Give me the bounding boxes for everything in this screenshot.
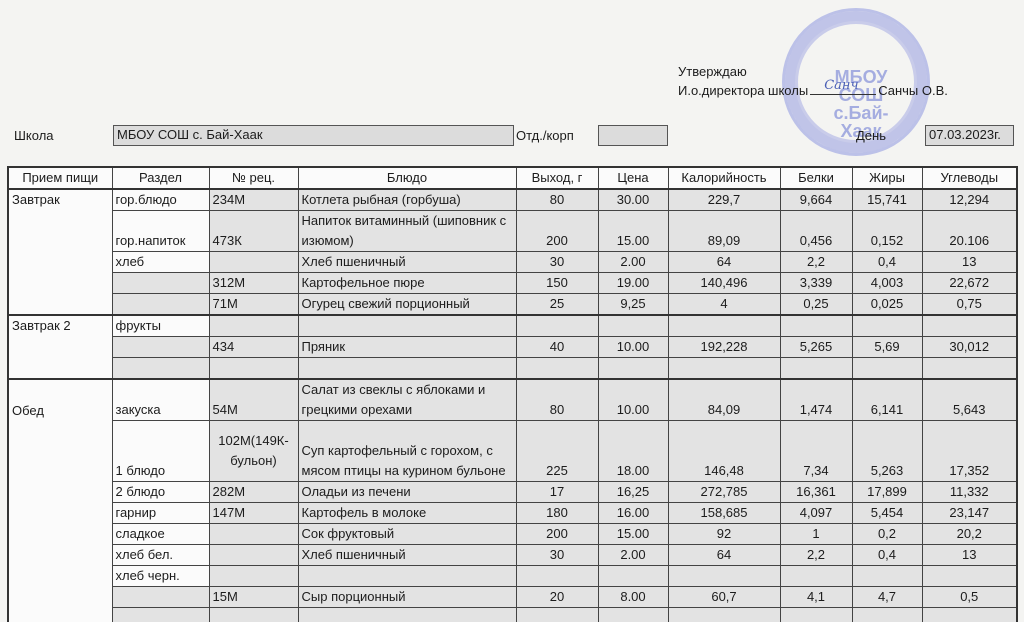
table-row: хлебХлеб пшеничный302.00642,20,413 — [8, 252, 1017, 273]
cell-price: 19.00 — [598, 273, 668, 294]
cell-weight: 30 — [516, 252, 598, 273]
cell-weight: 20 — [516, 586, 598, 607]
table-row: гарнир147МКартофель в молоке18016.00158,… — [8, 502, 1017, 523]
cell-fat — [852, 607, 922, 622]
cell-section: фрукты — [112, 315, 209, 337]
day-field[interactable]: 07.03.2023г. — [925, 125, 1014, 146]
cell-protein: 1,474 — [780, 379, 852, 421]
cell-dish: Сок фруктовый — [298, 523, 516, 544]
cell-fat — [852, 315, 922, 337]
cell-protein: 5,265 — [780, 337, 852, 358]
cell-recipe — [209, 607, 298, 622]
cell-fat: 5,263 — [852, 420, 922, 481]
cell-protein: 0,456 — [780, 211, 852, 252]
cell-kcal: 64 — [668, 544, 780, 565]
cell-recipe — [209, 565, 298, 586]
cell-recipe: 434 — [209, 337, 298, 358]
cell-weight: 40 — [516, 337, 598, 358]
cell-price: 16.00 — [598, 502, 668, 523]
cell-protein: 4,097 — [780, 502, 852, 523]
cell-dish: Огурец свежий порционный — [298, 294, 516, 316]
meal-name: Завтрак 2 — [8, 315, 112, 379]
column-header-recipe: № рец. — [209, 167, 298, 189]
cell-price: 2.00 — [598, 252, 668, 273]
cell-dish: Пряник — [298, 337, 516, 358]
cell-weight: 150 — [516, 273, 598, 294]
cell-kcal: 60,7 — [668, 586, 780, 607]
cell-section — [112, 294, 209, 316]
cell-dish: Картофель в молоке — [298, 502, 516, 523]
cell-section: гор.блюдо — [112, 189, 209, 211]
cell-kcal — [668, 565, 780, 586]
cell-price — [598, 607, 668, 622]
cell-section: 1 блюдо — [112, 420, 209, 481]
approval-position: И.о.директора школы — [678, 83, 808, 98]
table-row: хлеб бел.Хлеб пшеничный302.00642,20,413 — [8, 544, 1017, 565]
table-row: 71МОгурец свежий порционный259,2540,250,… — [8, 294, 1017, 316]
cell-kcal: 158,685 — [668, 502, 780, 523]
cell-price: 9,25 — [598, 294, 668, 316]
cell-carbs — [922, 358, 1017, 379]
cell-recipe — [209, 358, 298, 379]
approval-signer: И.о.директора школыСанчСанчы О.В. — [678, 81, 948, 100]
cell-carbs: 20,2 — [922, 523, 1017, 544]
cell-protein: 2,2 — [780, 252, 852, 273]
cell-fat — [852, 358, 922, 379]
cell-dish: Оладьи из печени — [298, 481, 516, 502]
column-header-section: Раздел — [112, 167, 209, 189]
table-row: 2 блюдо282МОладьи из печени1716,25272,78… — [8, 481, 1017, 502]
table-row: гор.напиток473КНапиток витаминный (шипов… — [8, 211, 1017, 252]
cell-section: хлеб — [112, 252, 209, 273]
cell-weight — [516, 358, 598, 379]
cell-dish — [298, 607, 516, 622]
table-row: хлеб черн. — [8, 565, 1017, 586]
cell-recipe: 147М — [209, 502, 298, 523]
cell-recipe: 15М — [209, 586, 298, 607]
cell-dish — [298, 358, 516, 379]
cell-recipe — [209, 315, 298, 337]
cell-carbs — [922, 315, 1017, 337]
menu-table: Прием пищиРаздел№ рец.БлюдоВыход, гЦенаК… — [7, 166, 1018, 622]
cell-carbs: 13 — [922, 544, 1017, 565]
cell-carbs: 20.106 — [922, 211, 1017, 252]
cell-carbs: 13 — [922, 252, 1017, 273]
cell-weight — [516, 315, 598, 337]
cell-dish: Сыр порционный — [298, 586, 516, 607]
column-header-fat: Жиры — [852, 167, 922, 189]
table-row: Обедзакуска54МСалат из свеклы с яблоками… — [8, 379, 1017, 421]
table-row: 15МСыр порционный208.0060,74,14,70,5 — [8, 586, 1017, 607]
cell-dish: Хлеб пшеничный — [298, 544, 516, 565]
cell-kcal: 192,228 — [668, 337, 780, 358]
table-row: Завтракгор.блюдо234МКотлета рыбная (горб… — [8, 189, 1017, 211]
cell-section — [112, 358, 209, 379]
cell-recipe: 54М — [209, 379, 298, 421]
cell-recipe: 71М — [209, 294, 298, 316]
cell-carbs — [922, 565, 1017, 586]
table-row: 434Пряник4010.00192,2285,2655,6930,012 — [8, 337, 1017, 358]
cell-section — [112, 607, 209, 622]
cell-recipe — [209, 523, 298, 544]
cell-recipe: 102М(149К-бульон) — [209, 420, 298, 481]
cell-price: 15.00 — [598, 523, 668, 544]
cell-price: 30.00 — [598, 189, 668, 211]
meal-name: Обед — [8, 379, 112, 622]
cell-price — [598, 358, 668, 379]
cell-fat: 0,2 — [852, 523, 922, 544]
cell-weight — [516, 607, 598, 622]
cell-weight: 30 — [516, 544, 598, 565]
signature: Санч — [824, 76, 858, 95]
cell-weight: 80 — [516, 379, 598, 421]
cell-dish: Суп картофельный с горохом, с мясом птиц… — [298, 420, 516, 481]
cell-kcal — [668, 607, 780, 622]
column-header-protein: Белки — [780, 167, 852, 189]
signature-line: Санч — [810, 82, 876, 95]
meal-name: Завтрак — [8, 189, 112, 315]
cell-dish: Котлета рыбная (горбуша) — [298, 189, 516, 211]
cell-kcal: 89,09 — [668, 211, 780, 252]
cell-protein: 1 — [780, 523, 852, 544]
cell-carbs — [922, 607, 1017, 622]
cell-kcal: 140,496 — [668, 273, 780, 294]
cell-dish — [298, 565, 516, 586]
cell-weight — [516, 565, 598, 586]
cell-fat: 6,141 — [852, 379, 922, 421]
cell-recipe: 282М — [209, 481, 298, 502]
cell-carbs: 0,5 — [922, 586, 1017, 607]
cell-recipe: 473К — [209, 211, 298, 252]
cell-kcal: 229,7 — [668, 189, 780, 211]
column-header-weight: Выход, г — [516, 167, 598, 189]
cell-protein: 0,25 — [780, 294, 852, 316]
table-row — [8, 358, 1017, 379]
cell-fat: 5,454 — [852, 502, 922, 523]
cell-kcal: 84,09 — [668, 379, 780, 421]
cell-carbs: 23,147 — [922, 502, 1017, 523]
cell-dish: Салат из свеклы с яблоками и грецкими ор… — [298, 379, 516, 421]
cell-carbs: 30,012 — [922, 337, 1017, 358]
cell-price: 16,25 — [598, 481, 668, 502]
cell-fat: 0,4 — [852, 252, 922, 273]
cell-carbs: 0,75 — [922, 294, 1017, 316]
cell-fat — [852, 565, 922, 586]
cell-kcal — [668, 315, 780, 337]
cell-protein: 2,2 — [780, 544, 852, 565]
cell-section: сладкое — [112, 523, 209, 544]
cell-protein — [780, 358, 852, 379]
approval-title: Утверждаю — [678, 62, 948, 81]
cell-kcal: 146,48 — [668, 420, 780, 481]
cell-recipe: 234М — [209, 189, 298, 211]
cell-protein — [780, 607, 852, 622]
school-field[interactable]: МБОУ СОШ с. Бай-Хаак — [113, 125, 514, 146]
cell-carbs: 22,672 — [922, 273, 1017, 294]
cell-fat: 17,899 — [852, 481, 922, 502]
cell-fat: 0,152 — [852, 211, 922, 252]
approval-name: Санчы О.В. — [878, 83, 948, 98]
cell-weight: 180 — [516, 502, 598, 523]
school-label: Школа — [14, 128, 54, 143]
cell-price: 18.00 — [598, 420, 668, 481]
cell-weight: 200 — [516, 211, 598, 252]
cell-fat: 4,7 — [852, 586, 922, 607]
cell-fat: 5,69 — [852, 337, 922, 358]
dept-label: Отд./корп — [516, 128, 574, 143]
cell-weight: 200 — [516, 523, 598, 544]
cell-protein: 16,361 — [780, 481, 852, 502]
cell-protein: 9,664 — [780, 189, 852, 211]
cell-protein — [780, 315, 852, 337]
cell-dish: Хлеб пшеничный — [298, 252, 516, 273]
cell-section: хлеб черн. — [112, 565, 209, 586]
cell-fat: 15,741 — [852, 189, 922, 211]
day-label: День — [856, 128, 886, 143]
cell-price: 10.00 — [598, 379, 668, 421]
table-row: 312МКартофельное пюре15019.00140,4963,33… — [8, 273, 1017, 294]
cell-kcal: 64 — [668, 252, 780, 273]
cell-kcal: 272,785 — [668, 481, 780, 502]
column-header-kcal: Калорийность — [668, 167, 780, 189]
table-row — [8, 607, 1017, 622]
cell-price: 10.00 — [598, 337, 668, 358]
cell-price — [598, 565, 668, 586]
cell-kcal: 92 — [668, 523, 780, 544]
cell-dish: Напиток витаминный (шиповник с изюмом) — [298, 211, 516, 252]
column-header-meal: Прием пищи — [8, 167, 112, 189]
cell-section: 2 блюдо — [112, 481, 209, 502]
approval-block: Утверждаю И.о.директора школыСанчСанчы О… — [678, 62, 948, 100]
cell-price — [598, 315, 668, 337]
cell-weight: 80 — [516, 189, 598, 211]
cell-dish — [298, 315, 516, 337]
cell-section — [112, 337, 209, 358]
cell-fat: 0,025 — [852, 294, 922, 316]
cell-recipe — [209, 252, 298, 273]
cell-protein: 3,339 — [780, 273, 852, 294]
cell-protein: 7,34 — [780, 420, 852, 481]
cell-price: 15.00 — [598, 211, 668, 252]
cell-recipe — [209, 544, 298, 565]
cell-section: гор.напиток — [112, 211, 209, 252]
cell-carbs: 5,643 — [922, 379, 1017, 421]
cell-protein — [780, 565, 852, 586]
cell-protein: 4,1 — [780, 586, 852, 607]
column-header-carbs: Углеводы — [922, 167, 1017, 189]
cell-price: 8.00 — [598, 586, 668, 607]
table-row: сладкоеСок фруктовый20015.009210,220,2 — [8, 523, 1017, 544]
cell-section — [112, 586, 209, 607]
cell-section: хлеб бел. — [112, 544, 209, 565]
cell-fat: 4,003 — [852, 273, 922, 294]
table-header-row: Прием пищиРаздел№ рец.БлюдоВыход, гЦенаК… — [8, 167, 1017, 189]
cell-carbs: 17,352 — [922, 420, 1017, 481]
cell-kcal: 4 — [668, 294, 780, 316]
dept-field[interactable] — [598, 125, 668, 146]
cell-kcal — [668, 358, 780, 379]
cell-weight: 225 — [516, 420, 598, 481]
cell-price: 2.00 — [598, 544, 668, 565]
cell-weight: 25 — [516, 294, 598, 316]
cell-dish: Картофельное пюре — [298, 273, 516, 294]
cell-section: гарнир — [112, 502, 209, 523]
column-header-price: Цена — [598, 167, 668, 189]
cell-fat: 0,4 — [852, 544, 922, 565]
cell-carbs: 12,294 — [922, 189, 1017, 211]
table-row: 1 блюдо102М(149К-бульон)Суп картофельный… — [8, 420, 1017, 481]
cell-section: закуска — [112, 379, 209, 421]
cell-section — [112, 273, 209, 294]
column-header-dish: Блюдо — [298, 167, 516, 189]
cell-weight: 17 — [516, 481, 598, 502]
cell-recipe: 312М — [209, 273, 298, 294]
cell-carbs: 11,332 — [922, 481, 1017, 502]
table-row: Завтрак 2фрукты — [8, 315, 1017, 337]
